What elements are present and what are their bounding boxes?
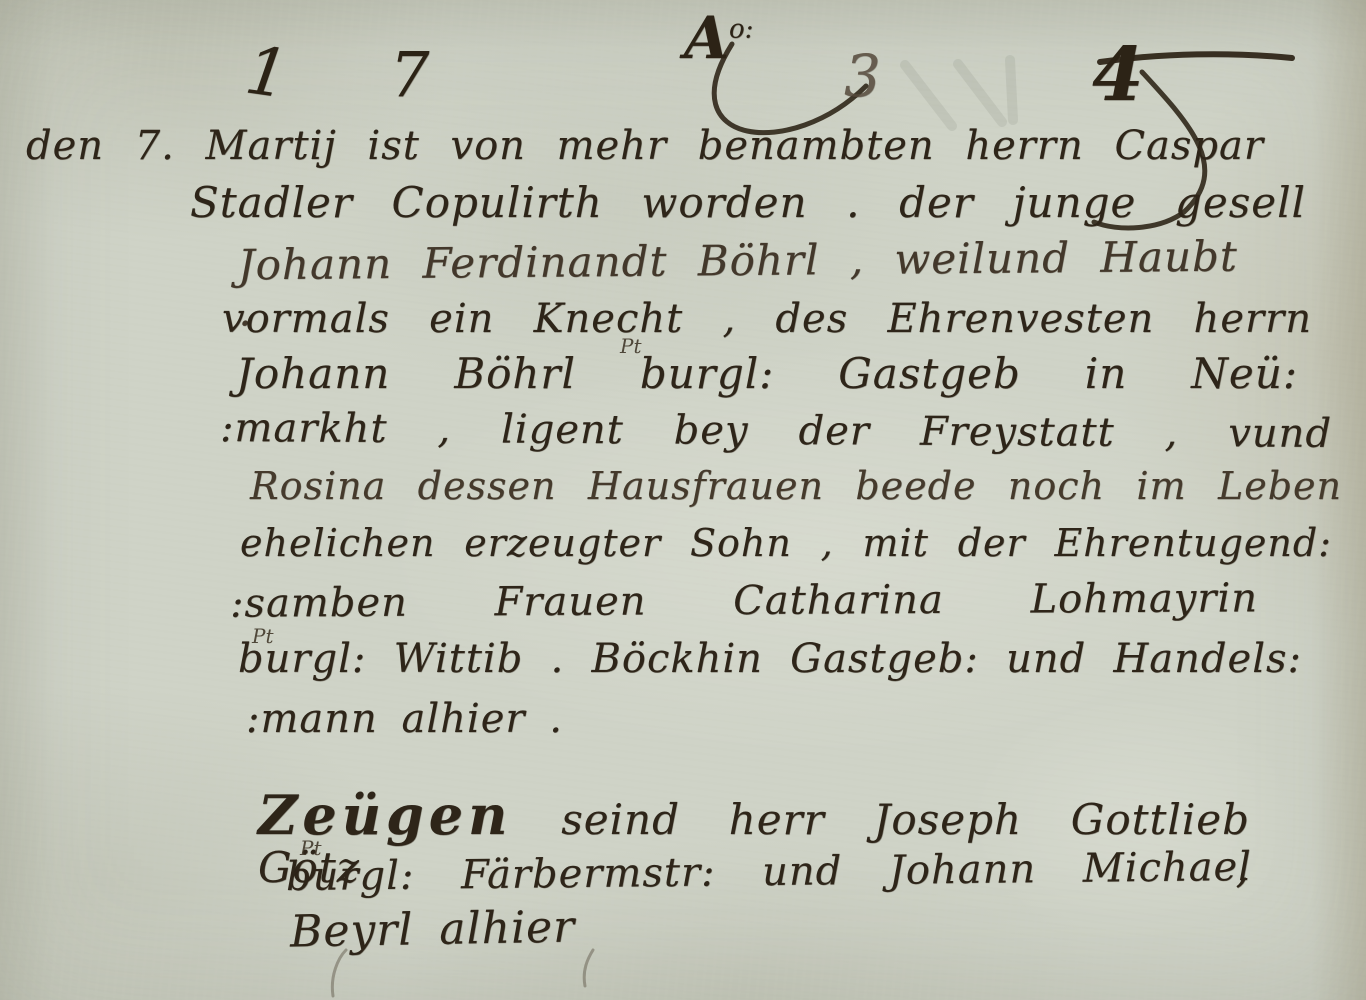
manuscript-line: den 7. Martij ist von mehr benambten her… bbox=[26, 124, 1264, 168]
abbreviation-mark: Pt bbox=[300, 836, 322, 860]
manuscript-line: :samben Frauen Catharina Lohmayrin bbox=[230, 576, 1258, 625]
anno-superscript: o: bbox=[729, 15, 753, 45]
manuscript-line: :mann alhier . bbox=[246, 697, 563, 741]
witnesses-label: Zeügen bbox=[258, 783, 512, 847]
abbreviation-mark: Pt bbox=[252, 624, 274, 648]
witnesses-line: Beyrl alhier bbox=[290, 904, 576, 957]
witnesses-line: burgl: Färbermstr: und Johann Michael bbox=[286, 845, 1252, 899]
anno-letter: A bbox=[684, 4, 729, 72]
abbreviation-mark: Pt bbox=[620, 334, 642, 358]
manuscript-line: Johann Böhrl burgl: Gastgeb in Neü: bbox=[236, 351, 1298, 397]
year-digit-3: 3 bbox=[844, 42, 881, 110]
manuscript-line: vormals ein Knecht , des Ehrenvesten her… bbox=[222, 297, 1312, 341]
year-digit-4: 4 bbox=[1092, 32, 1144, 118]
anno-mark: Ao: bbox=[684, 4, 753, 72]
manuscript-line: Stadler Copulirth worden . der junge ges… bbox=[190, 180, 1306, 226]
manuscript-line: ehelichen erzeugter Sohn , mit der Ehren… bbox=[240, 523, 1332, 565]
manuscript-line: Rosina dessen Hausfrauen beede noch im L… bbox=[250, 466, 1342, 508]
manuscript-page: 1 7 Ao: 3 4 den 7. Martij ist von mehr b… bbox=[0, 0, 1366, 1000]
manuscript-line: :markht , ligent bey der Freystatt , vun… bbox=[220, 406, 1332, 456]
year-digit-7: 7 bbox=[390, 38, 429, 111]
manuscript-line: burgl: Wittib . Böckhin Gastgeb: und Han… bbox=[238, 637, 1302, 681]
